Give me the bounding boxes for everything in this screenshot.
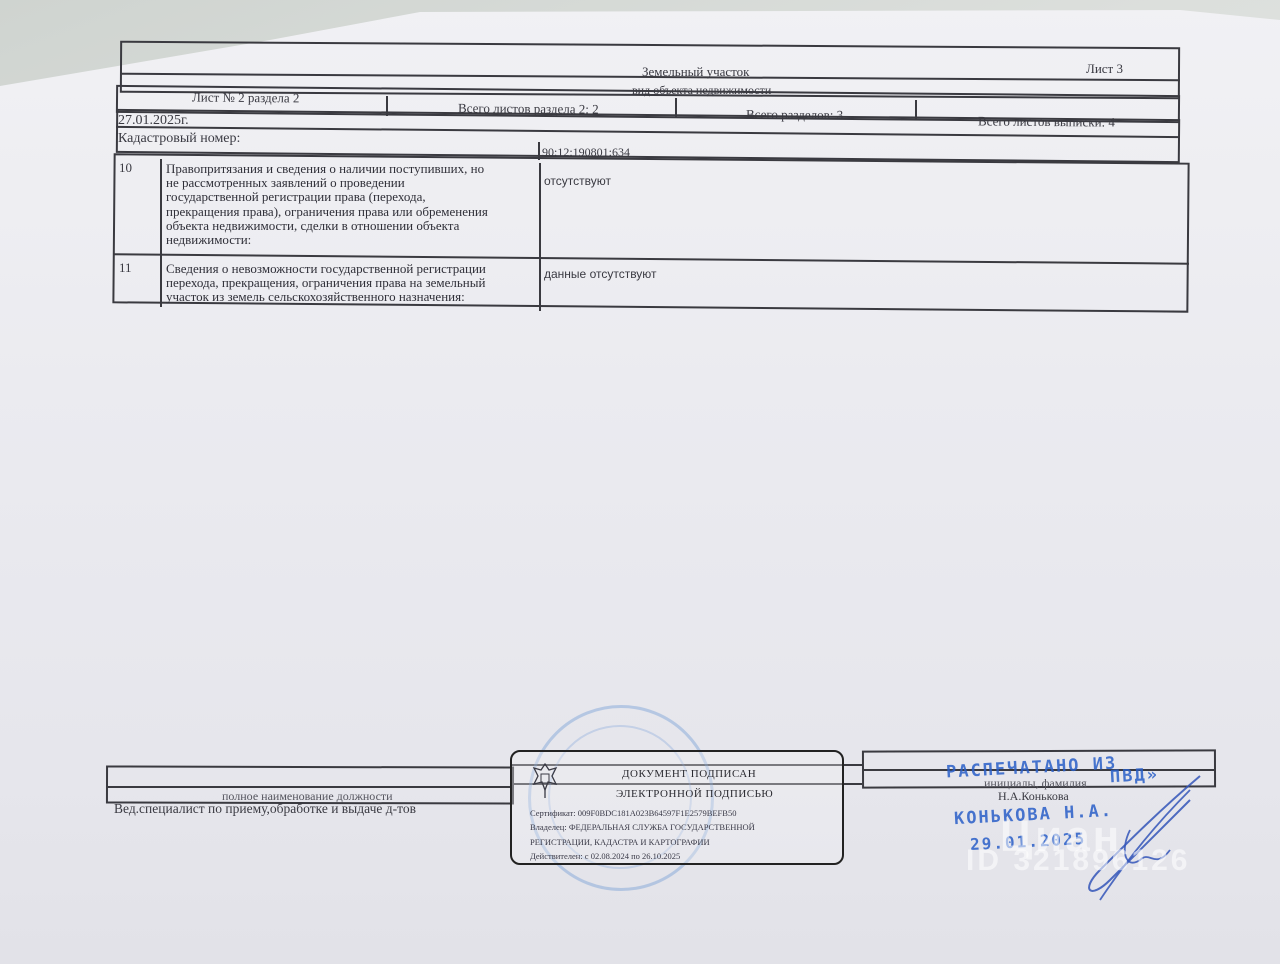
cadastral-label: Кадастровый номер: [118, 131, 240, 147]
row-description-line: перехода, прекращения, ограничения права… [166, 276, 538, 290]
row-description-line: прекращения права), ограничения права ил… [166, 205, 538, 219]
row-description-line: Правопритязания и сведения о наличии пос… [166, 162, 538, 176]
row-description-line: государственной регистрации права (перех… [166, 190, 538, 204]
sheet-label: Лист 3 [1086, 61, 1123, 77]
position-value: Вед.специалист по приему,обработке и выд… [114, 801, 416, 817]
esig-owner-line1: Владелец: ФЕДЕРАЛЬНАЯ СЛУЖБА ГОСУДАРСТВЕ… [530, 822, 755, 832]
esig-title-line1: ДОКУМЕНТ ПОДПИСАН [622, 768, 756, 780]
object-type: Земельный участок [642, 64, 750, 80]
watermark-id: ID 321896126 [966, 844, 1191, 878]
row-description-line: не рассмотренных заявлений о проведении [166, 176, 538, 190]
esig-certificate: Сертификат: 009F0BDC181A023B64597F1E2579… [530, 808, 736, 818]
electronic-signature-box: ДОКУМЕНТ ПОДПИСАН ЭЛЕКТРОННОЙ ПОДПИСЬЮ С… [510, 750, 844, 865]
row-number: 10 [119, 160, 132, 176]
row-value: данные отсутствуют [544, 267, 657, 281]
registry-extract-page: Лист 3 Земельный участок вид объекта нед… [0, 0, 1280, 964]
row-description-line: участок из земель сельскохозяйственного … [166, 290, 538, 304]
extract-date: 27.01.2025г. [118, 113, 189, 129]
row-description-line: Сведения о невозможности государственной… [166, 262, 538, 276]
table-value-col-divider [539, 163, 541, 311]
footer-position-divider [106, 786, 514, 788]
esig-owner-line2: РЕГИСТРАЦИИ, КАДАСТРА И КАРТОГРАФИИ [530, 837, 710, 847]
coat-of-arms-icon [530, 760, 560, 800]
section-sheet: Лист № 2 раздела 2 [192, 90, 300, 107]
row-description-line: недвижимости: [166, 233, 538, 247]
row-number: 11 [119, 260, 132, 276]
esig-validity: Действителен: с 02.08.2024 по 26.10.2025 [530, 851, 680, 861]
row-description-line: объекта недвижимости, сделки в отношении… [166, 219, 538, 233]
table-num-col-divider [160, 159, 162, 307]
row-description: Сведения о невозможности государственной… [166, 262, 538, 305]
row-description: Правопритязания и сведения о наличии пос… [166, 162, 538, 247]
row-value: отсутствуют [544, 174, 611, 188]
esig-title-line2: ЭЛЕКТРОННОЙ ПОДПИСЬЮ [616, 788, 773, 800]
